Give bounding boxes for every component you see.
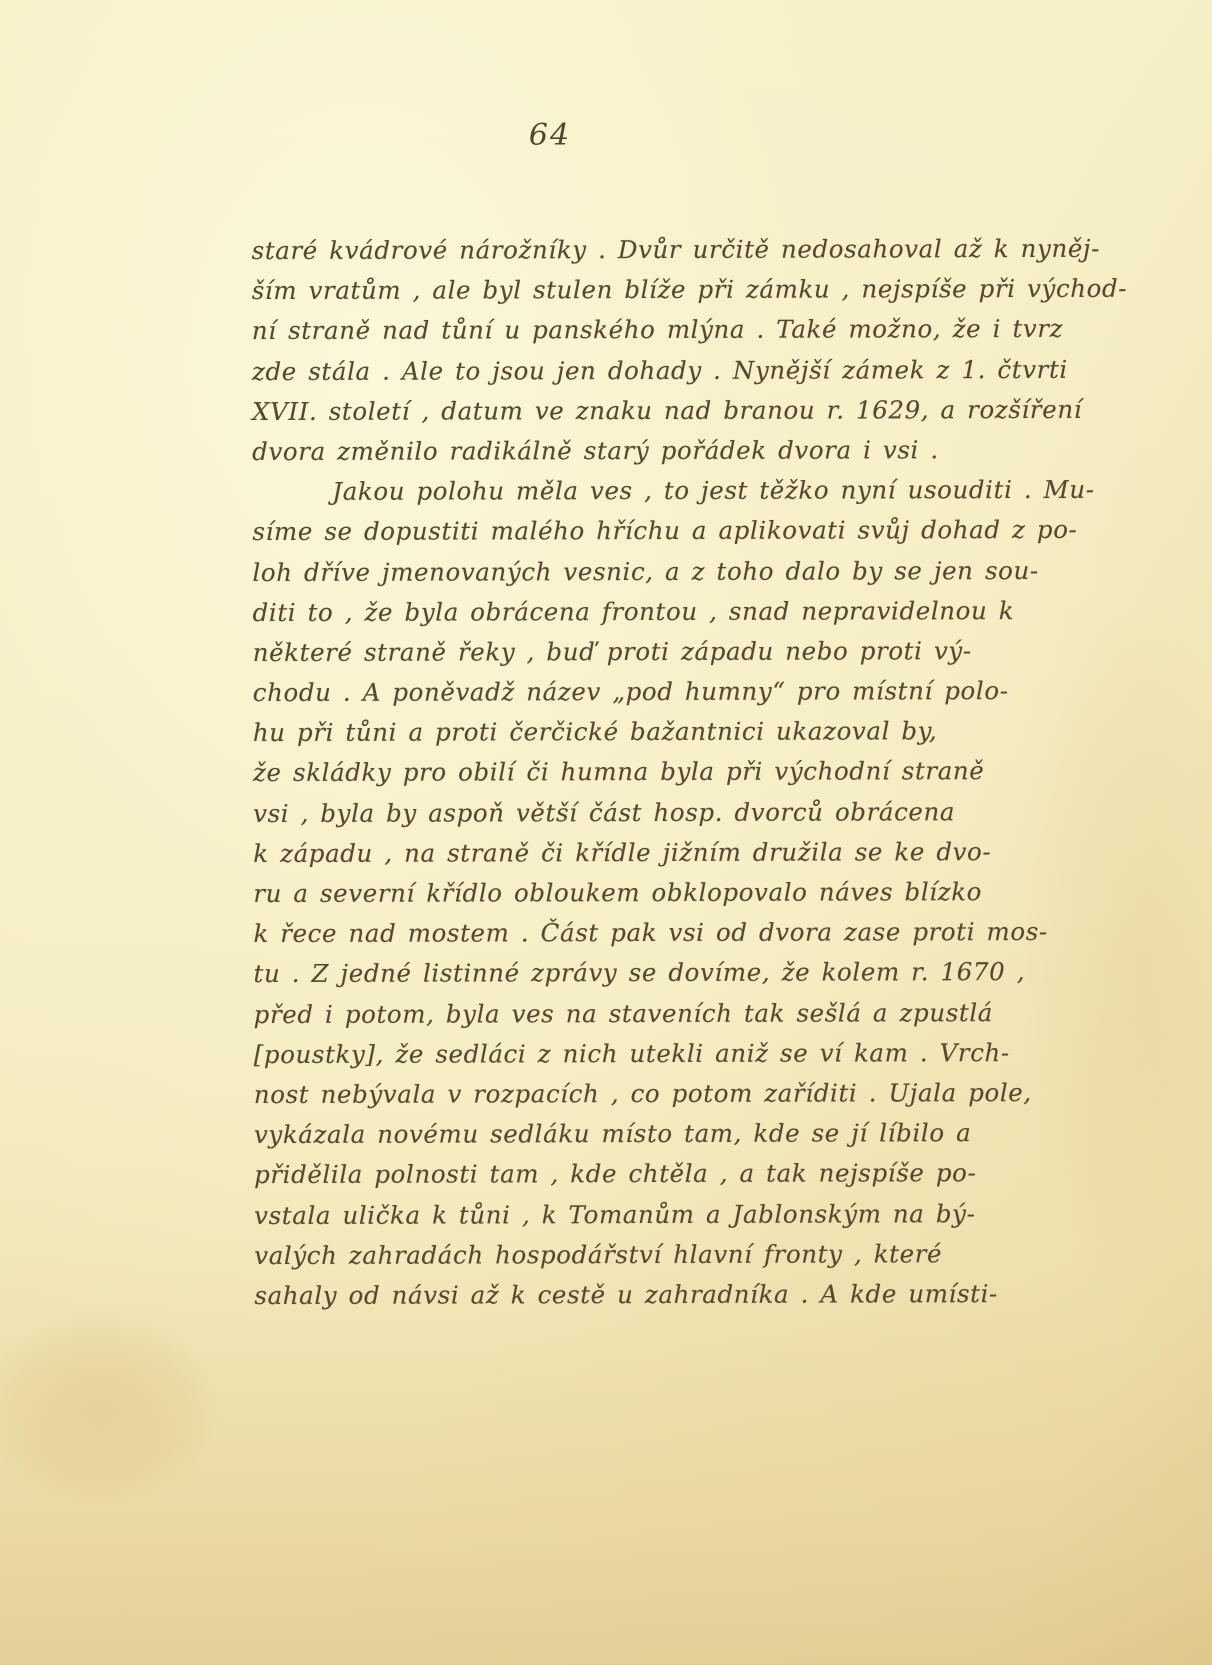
- paper-stain: [0, 1280, 260, 1540]
- handwritten-text-block: staré kvádrové nárožníky . Dvůr určitě n…: [252, 229, 1035, 1316]
- manuscript-line: zde stála . Ale to jsou jen dohady . Nyn…: [252, 350, 1032, 392]
- manuscript-line: sahaly od návsi až k cestě u zahradníka …: [254, 1274, 1034, 1316]
- manuscript-line: [poustky], že sedláci z nich utekli aniž…: [254, 1033, 1034, 1075]
- manuscript-line: před i potom, byla ves na staveních tak …: [254, 993, 1034, 1035]
- manuscript-line: k řece nad mostem . Část pak vsi od dvor…: [253, 912, 1033, 954]
- manuscript-line: Jakou polohu měla ves , to jest těžko ny…: [252, 470, 1032, 512]
- manuscript-line: ní straně nad tůní u panského mlýna . Ta…: [252, 309, 1032, 351]
- manuscript-line: přidělila polnosti tam , kde chtěla , a …: [254, 1153, 1034, 1195]
- manuscript-line: chodu . A poněvadž název „pod humny“ pro…: [253, 671, 1033, 713]
- manuscript-line: staré kvádrové nárožníky . Dvůr určitě n…: [252, 229, 1032, 271]
- manuscript-line: nost nebývala v rozpacích , co potom zař…: [254, 1073, 1034, 1115]
- scanned-manuscript-page: 64 staré kvádrové nárožníky . Dvůr určit…: [0, 0, 1212, 1665]
- manuscript-line: některé straně řeky , buď proti západu n…: [253, 631, 1033, 673]
- manuscript-line: valých zahradách hospodářství hlavní fro…: [254, 1234, 1034, 1276]
- manuscript-line: že skládky pro obilí či humna byla při v…: [253, 751, 1033, 793]
- manuscript-line: ru a severní křídlo obloukem obklopovalo…: [253, 872, 1033, 914]
- manuscript-line: vstala ulička k tůni , k Tomanům a Jablo…: [254, 1193, 1034, 1235]
- manuscript-line: loh dříve jmenovaných vesnic, a z toho d…: [252, 550, 1032, 592]
- manuscript-line: síme se dopustiti malého hříchu a apliko…: [252, 510, 1032, 552]
- manuscript-line: hu při tůni a proti čerčické bažantnici …: [253, 711, 1033, 753]
- manuscript-line: diti to , že byla obrácena frontou , sna…: [253, 591, 1033, 633]
- page-number: 64: [500, 118, 600, 153]
- manuscript-line: k západu , na straně či křídle jižním dr…: [253, 832, 1033, 874]
- manuscript-line: ším vratům , ale byl stulen blíže při zá…: [252, 269, 1032, 311]
- manuscript-line: tu . Z jedné listinné zprávy se dovíme, …: [253, 952, 1033, 994]
- manuscript-line: vsi , byla by aspoň větší část hosp. dvo…: [253, 792, 1033, 834]
- manuscript-line: dvora změnilo radikálně starý pořádek dv…: [252, 430, 1032, 472]
- manuscript-line: vykázala novému sedláku místo tam, kde s…: [254, 1113, 1034, 1155]
- manuscript-line: XVII. století , datum ve znaku nad brano…: [252, 390, 1032, 432]
